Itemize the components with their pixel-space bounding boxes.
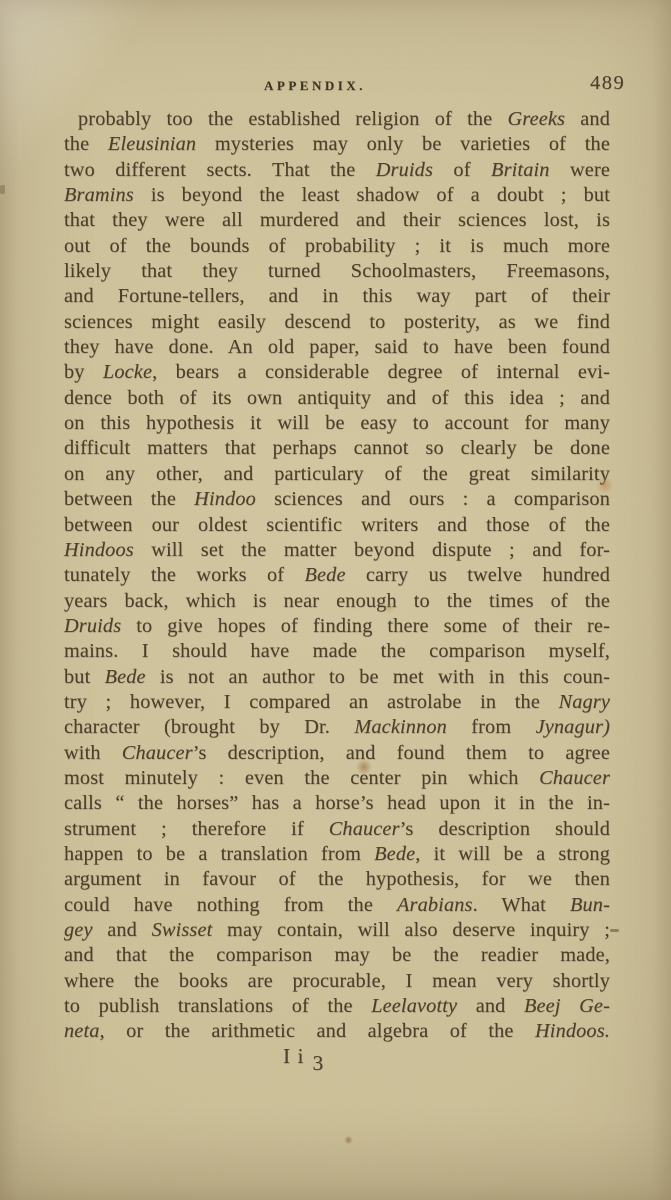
text-line: the Eleusinian mysteries may only be var… [64,132,610,157]
text-line: and Fortune-tellers, and in this way par… [64,284,610,309]
text-line: but Bede is not an author to be met with… [64,665,610,690]
book-page-scan: APPENDIX. 489 probably too the establish… [0,0,671,1200]
text-line: on any other, and particulary of the gre… [64,462,610,487]
text-line: neta, or the arithmetic and algebra of t… [64,1019,610,1044]
text-line: gey and Swisset may contain, will also d… [64,918,610,943]
edge-mark [610,929,619,932]
signature-number: 3 [313,1051,325,1075]
text-line: by Locke, bears a considerable degree of… [64,360,610,385]
text-line: Druids to give hopes of finding there so… [64,614,610,639]
text-line: mains. I should have made the comparison… [64,639,610,664]
text-line: with Chaucer’s description, and found th… [64,741,610,766]
text-line: calls “ the horses” has a horse’s head u… [64,791,610,816]
running-head-title: APPENDIX. [264,78,366,94]
paper-spot [344,1136,353,1144]
edge-tick [0,185,5,194]
text-line: between our oldest scientific writers an… [64,513,610,538]
text-line: they have done. An old paper, said to ha… [64,335,610,360]
text-line: two different sects. That the Druids of … [64,158,610,183]
text-line: likely that they turned Schoolmasters, F… [64,259,610,284]
text-line: happen to be a translation from Bede, it… [64,842,610,867]
text-line: to publish translations of the Leelavott… [64,994,610,1019]
text-line: years back, which is near enough to the … [64,589,610,614]
signature-letters: I i [283,1044,305,1068]
body-text: probably too the established religion of… [64,107,610,1045]
text-line: where the books are procurable, I mean v… [64,969,610,994]
text-line: tunately the works of Bede carry us twel… [64,563,610,588]
text-line: dence both of its own antiquity and of t… [64,386,610,411]
text-line: could have nothing from the Arabians. Wh… [64,893,610,918]
signature-mark: I i3 [283,1044,324,1069]
text-line: out of the bounds of probability ; it is… [64,234,610,259]
text-line: try ; however, I compared an astrolabe i… [64,690,610,715]
text-line: Bramins is beyond the least shadow of a … [64,183,610,208]
text-line: difficult matters that perhaps cannot so… [64,436,610,461]
text-line: and that the comparison may be the readi… [64,943,610,968]
text-line: between the Hindoo sciences and ours : a… [64,487,610,512]
text-line: argument in favour of the hypothesis, fo… [64,867,610,892]
page-number: 489 [590,72,625,95]
text-line: on this hypothesis it will be easy to ac… [64,411,610,436]
text-line: character (brought by Dr. Mackinnon from… [64,715,610,740]
text-line: most minutely : even the center pin whic… [64,766,610,791]
text-line: sciences might easily descend to posteri… [64,310,610,335]
text-line: strument ; therefore if Chaucer’s descri… [64,817,610,842]
text-line: that they were all murdered and their sc… [64,208,610,233]
text-line: probably too the established religion of… [64,107,610,132]
text-line: Hindoos will set the matter beyond dispu… [64,538,610,563]
